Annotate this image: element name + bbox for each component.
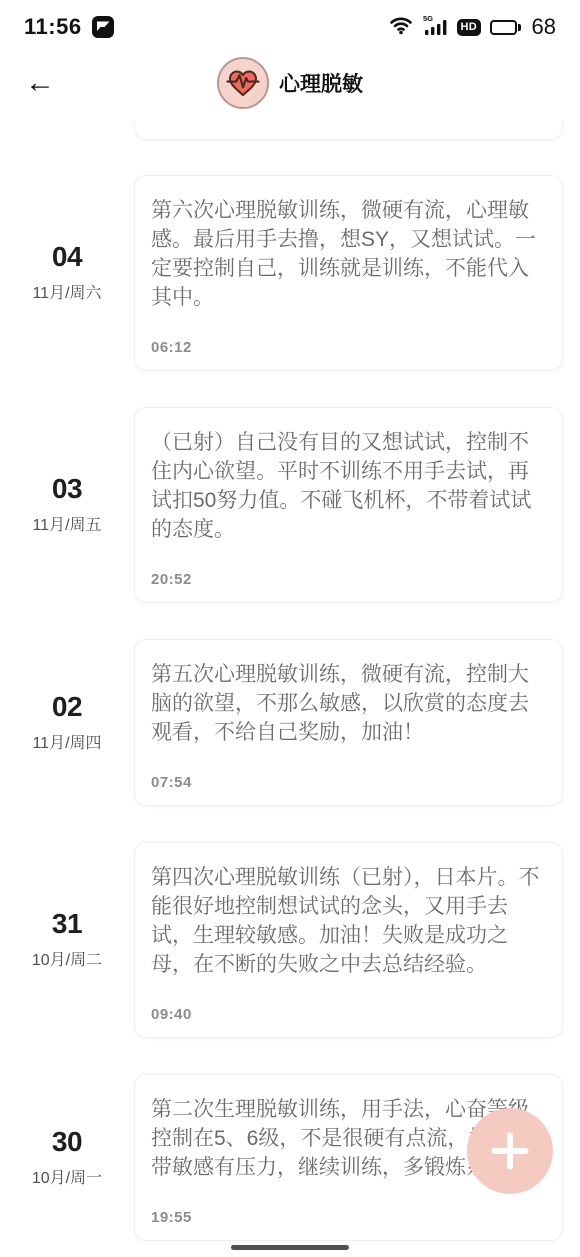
entry-day-number: 31 — [0, 910, 134, 938]
home-indicator[interactable] — [231, 1245, 349, 1250]
entry-date-label: 10月/周一 — [0, 1165, 134, 1188]
entry-time: 07:54 — [151, 774, 546, 791]
entry-text: 第五次心理脱敏训练，微硬有流，控制大脑的欲望，不那么敏感，以欣赏的态度去观看，不… — [151, 660, 546, 747]
entry-row: 31 10月/周二 第四次心理脱敏训练（已射），日本片。不能很好地控制想试试的念… — [0, 842, 580, 1038]
entry-text: 第四次心理脱敏训练（已射），日本片。不能很好地控制想试试的念头，又用手去试，生理… — [151, 863, 546, 979]
entry-time: 19:55 — [151, 1209, 546, 1226]
battery-icon — [490, 20, 521, 35]
entry-card[interactable]: 第五次心理脱敏训练，微硬有流，控制大脑的欲望，不那么敏感，以欣赏的态度去观看，不… — [134, 639, 563, 806]
hd-badge: HD — [457, 19, 482, 36]
entry-card[interactable]: 第六次心理脱敏训练，微硬有流，心理敏感。最后用手去撸，想SY，又想试试。一定要控… — [134, 175, 563, 371]
entry-text: （已射）自己没有目的又想试试，控制不住内心欲望。平时不训练不用手去试，再试扣50… — [151, 428, 546, 544]
title-group: 心理脱敏 — [217, 57, 363, 109]
entry-date-label: 11月/周五 — [0, 512, 134, 535]
entry-date: 03 11月/周五 — [0, 475, 134, 535]
entry-date-label: 11月/周六 — [0, 280, 134, 303]
entry-time: 20:52 — [151, 571, 546, 588]
entry-date: 02 11月/周四 — [0, 693, 134, 753]
entry-row: 03 11月/周五 （已射）自己没有目的又想试试，控制不住内心欲望。平时不训练不… — [0, 407, 580, 603]
entry-day-number: 30 — [0, 1128, 134, 1156]
entry-time: 06:12 — [151, 339, 546, 356]
signal-5g-label: 5G — [423, 14, 433, 23]
wifi-icon — [389, 15, 413, 40]
entry-card[interactable]: 第四次心理脱敏训练（已射），日本片。不能很好地控制想试试的念头，又用手去试，生理… — [134, 842, 563, 1038]
entry-card[interactable]: （已射）自己没有目的又想试试，控制不住内心欲望。平时不训练不用手去试，再试扣50… — [134, 407, 563, 603]
app-header: ← 心理脱敏 — [0, 46, 580, 120]
back-button[interactable]: ← — [22, 65, 58, 101]
previous-card-partial — [0, 122, 580, 140]
heart-pulse-icon — [217, 57, 269, 109]
battery-percent: 68 — [532, 14, 556, 40]
status-bar: 11:56 5G HD 68 — [0, 0, 580, 46]
page-title: 心理脱敏 — [279, 68, 363, 98]
entry-time: 09:40 — [151, 1006, 546, 1023]
entry-card-partial[interactable] — [134, 122, 563, 140]
entry-day-number: 04 — [0, 243, 134, 271]
entry-day-number: 03 — [0, 475, 134, 503]
add-entry-button[interactable] — [467, 1108, 553, 1194]
entry-date-label: 10月/周二 — [0, 947, 134, 970]
entry-date: 04 11月/周六 — [0, 243, 134, 303]
entry-date-label: 11月/周四 — [0, 730, 134, 753]
entry-day-number: 02 — [0, 693, 134, 721]
entry-row: 02 11月/周四 第五次心理脱敏训练，微硬有流，控制大脑的欲望，不那么敏感，以… — [0, 639, 580, 806]
entry-row: 04 11月/周六 第六次心理脱敏训练，微硬有流，心理敏感。最后用手去撸，想SY… — [0, 175, 580, 371]
entry-date: 31 10月/周二 — [0, 910, 134, 970]
entry-list: 04 11月/周六 第六次心理脱敏训练，微硬有流，心理敏感。最后用手去撸，想SY… — [0, 120, 580, 1241]
clock-time: 11:56 — [24, 14, 82, 40]
signal-bars-icon: 5G — [422, 14, 448, 41]
screenshot-icon — [92, 16, 114, 38]
entry-date: 30 10月/周一 — [0, 1128, 134, 1188]
entry-text: 第六次心理脱敏训练，微硬有流，心理敏感。最后用手去撸，想SY，又想试试。一定要控… — [151, 196, 546, 312]
